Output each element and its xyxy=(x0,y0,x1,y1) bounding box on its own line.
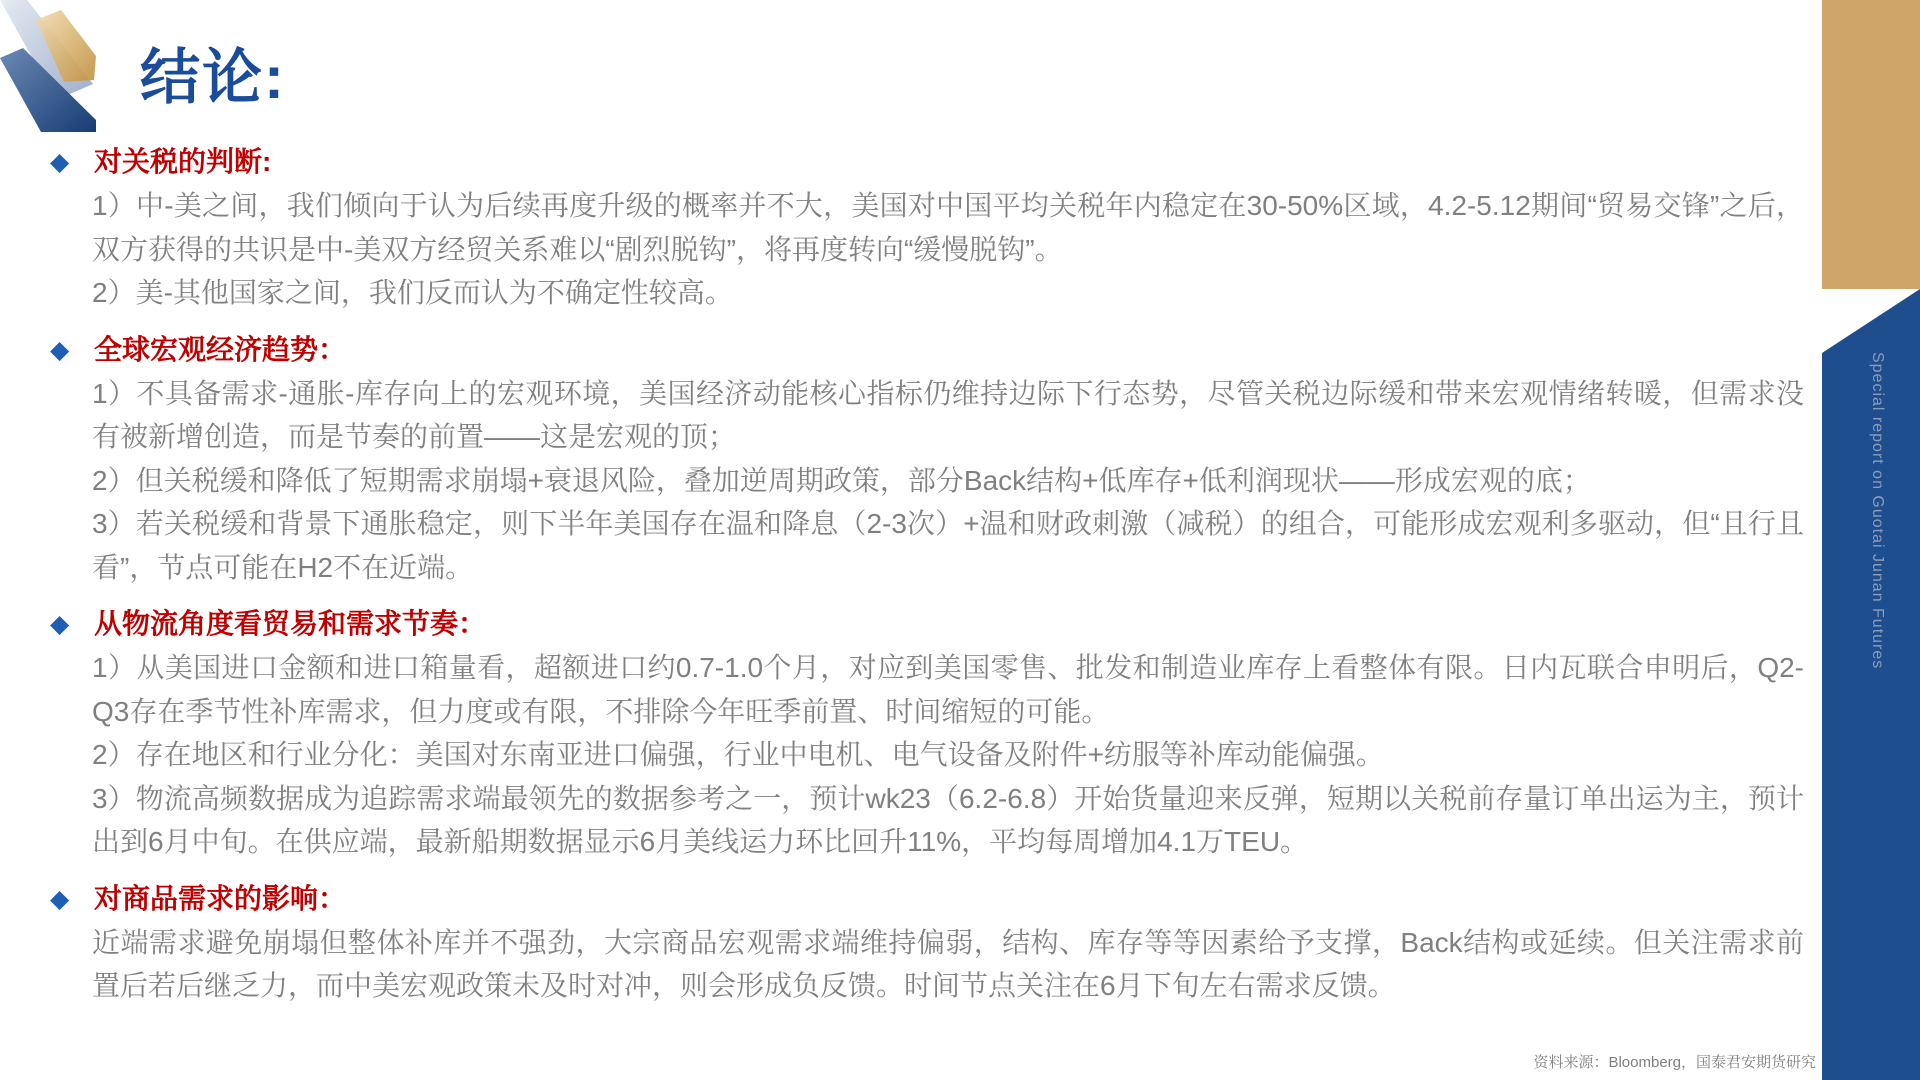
brand-logo-icon xyxy=(0,0,100,138)
slide-body: ◆ 对关税的判断: 1）中-美之间，我们倾向于认为后续再度升级的概率并不大，美国… xyxy=(48,140,1814,1008)
diamond-bullet-icon: ◆ xyxy=(48,328,94,372)
paragraph: 3）物流高频数据成为追踪需求端最领先的数据参考之一，预计wk23（6.2-6.8… xyxy=(92,777,1804,864)
diamond-bullet-icon: ◆ xyxy=(48,877,94,921)
paragraph: 1）从美国进口金额和进口箱量看，超额进口约0.7-1.0个月，对应到美国零售、批… xyxy=(92,646,1804,733)
section-tariff-judgment: ◆ 对关税的判断: 1）中-美之间，我们倾向于认为后续再度升级的概率并不大，美国… xyxy=(48,140,1814,315)
paragraph: 1）中-美之间，我们倾向于认为后续再度升级的概率并不大，美国对中国平均关税年内稳… xyxy=(92,184,1804,271)
diamond-bullet-icon: ◆ xyxy=(48,140,94,184)
section-header: ◆ 全球宏观经济趋势： xyxy=(48,328,1814,372)
paragraph: 2）存在地区和行业分化：美国对东南亚进口偏强，行业中电机、电气设备及附件+纺服等… xyxy=(92,733,1804,777)
paragraph: 2）但关税缓和降低了短期需求崩塌+衰退风险，叠加逆周期政策，部分Back结构+低… xyxy=(92,459,1804,503)
section-title: 全球宏观经济趋势： xyxy=(94,328,346,372)
paragraph: 近端需求避免崩塌但整体补库并不强劲，大宗商品宏观需求端维持偏弱，结构、库存等等因… xyxy=(92,921,1804,1008)
section-header: ◆ 从物流角度看贸易和需求节奏： xyxy=(48,602,1814,646)
section-commodity-demand-impact: ◆ 对商品需求的影响： 近端需求避免崩塌但整体补库并不强劲，大宗商品宏观需求端维… xyxy=(48,877,1814,1008)
section-title: 对关税的判断: xyxy=(94,140,271,184)
data-source-note: 资料来源：Bloomberg，国泰君安期货研究 xyxy=(1533,1051,1816,1072)
section-header: ◆ 对商品需求的影响： xyxy=(48,877,1814,921)
paragraph: 1）不具备需求-通胀-库存向上的宏观环境，美国经济动能核心指标仍维持边际下行态势… xyxy=(92,372,1804,459)
right-tan-band xyxy=(1822,0,1920,289)
paragraph: 2）美-其他国家之间，我们反而认为不确定性较高。 xyxy=(92,271,1804,315)
side-vertical-caption: Special report on Guotai Junan Futures xyxy=(1868,352,1886,669)
section-global-macro-trend: ◆ 全球宏观经济趋势： 1）不具备需求-通胀-库存向上的宏观环境，美国经济动能核… xyxy=(48,328,1814,590)
section-logistics-view: ◆ 从物流角度看贸易和需求节奏： 1）从美国进口金额和进口箱量看，超额进口约0.… xyxy=(48,602,1814,864)
section-title: 对商品需求的影响： xyxy=(94,877,346,921)
page-title: 结论: xyxy=(140,30,286,116)
paragraph: 3）若关税缓和背景下通胀稳定，则下半年美国存在温和降息（2-3次）+温和财政刺激… xyxy=(92,502,1804,589)
section-header: ◆ 对关税的判断: xyxy=(48,140,1814,184)
section-title: 从物流角度看贸易和需求节奏： xyxy=(94,602,486,646)
diamond-bullet-icon: ◆ xyxy=(48,602,94,646)
